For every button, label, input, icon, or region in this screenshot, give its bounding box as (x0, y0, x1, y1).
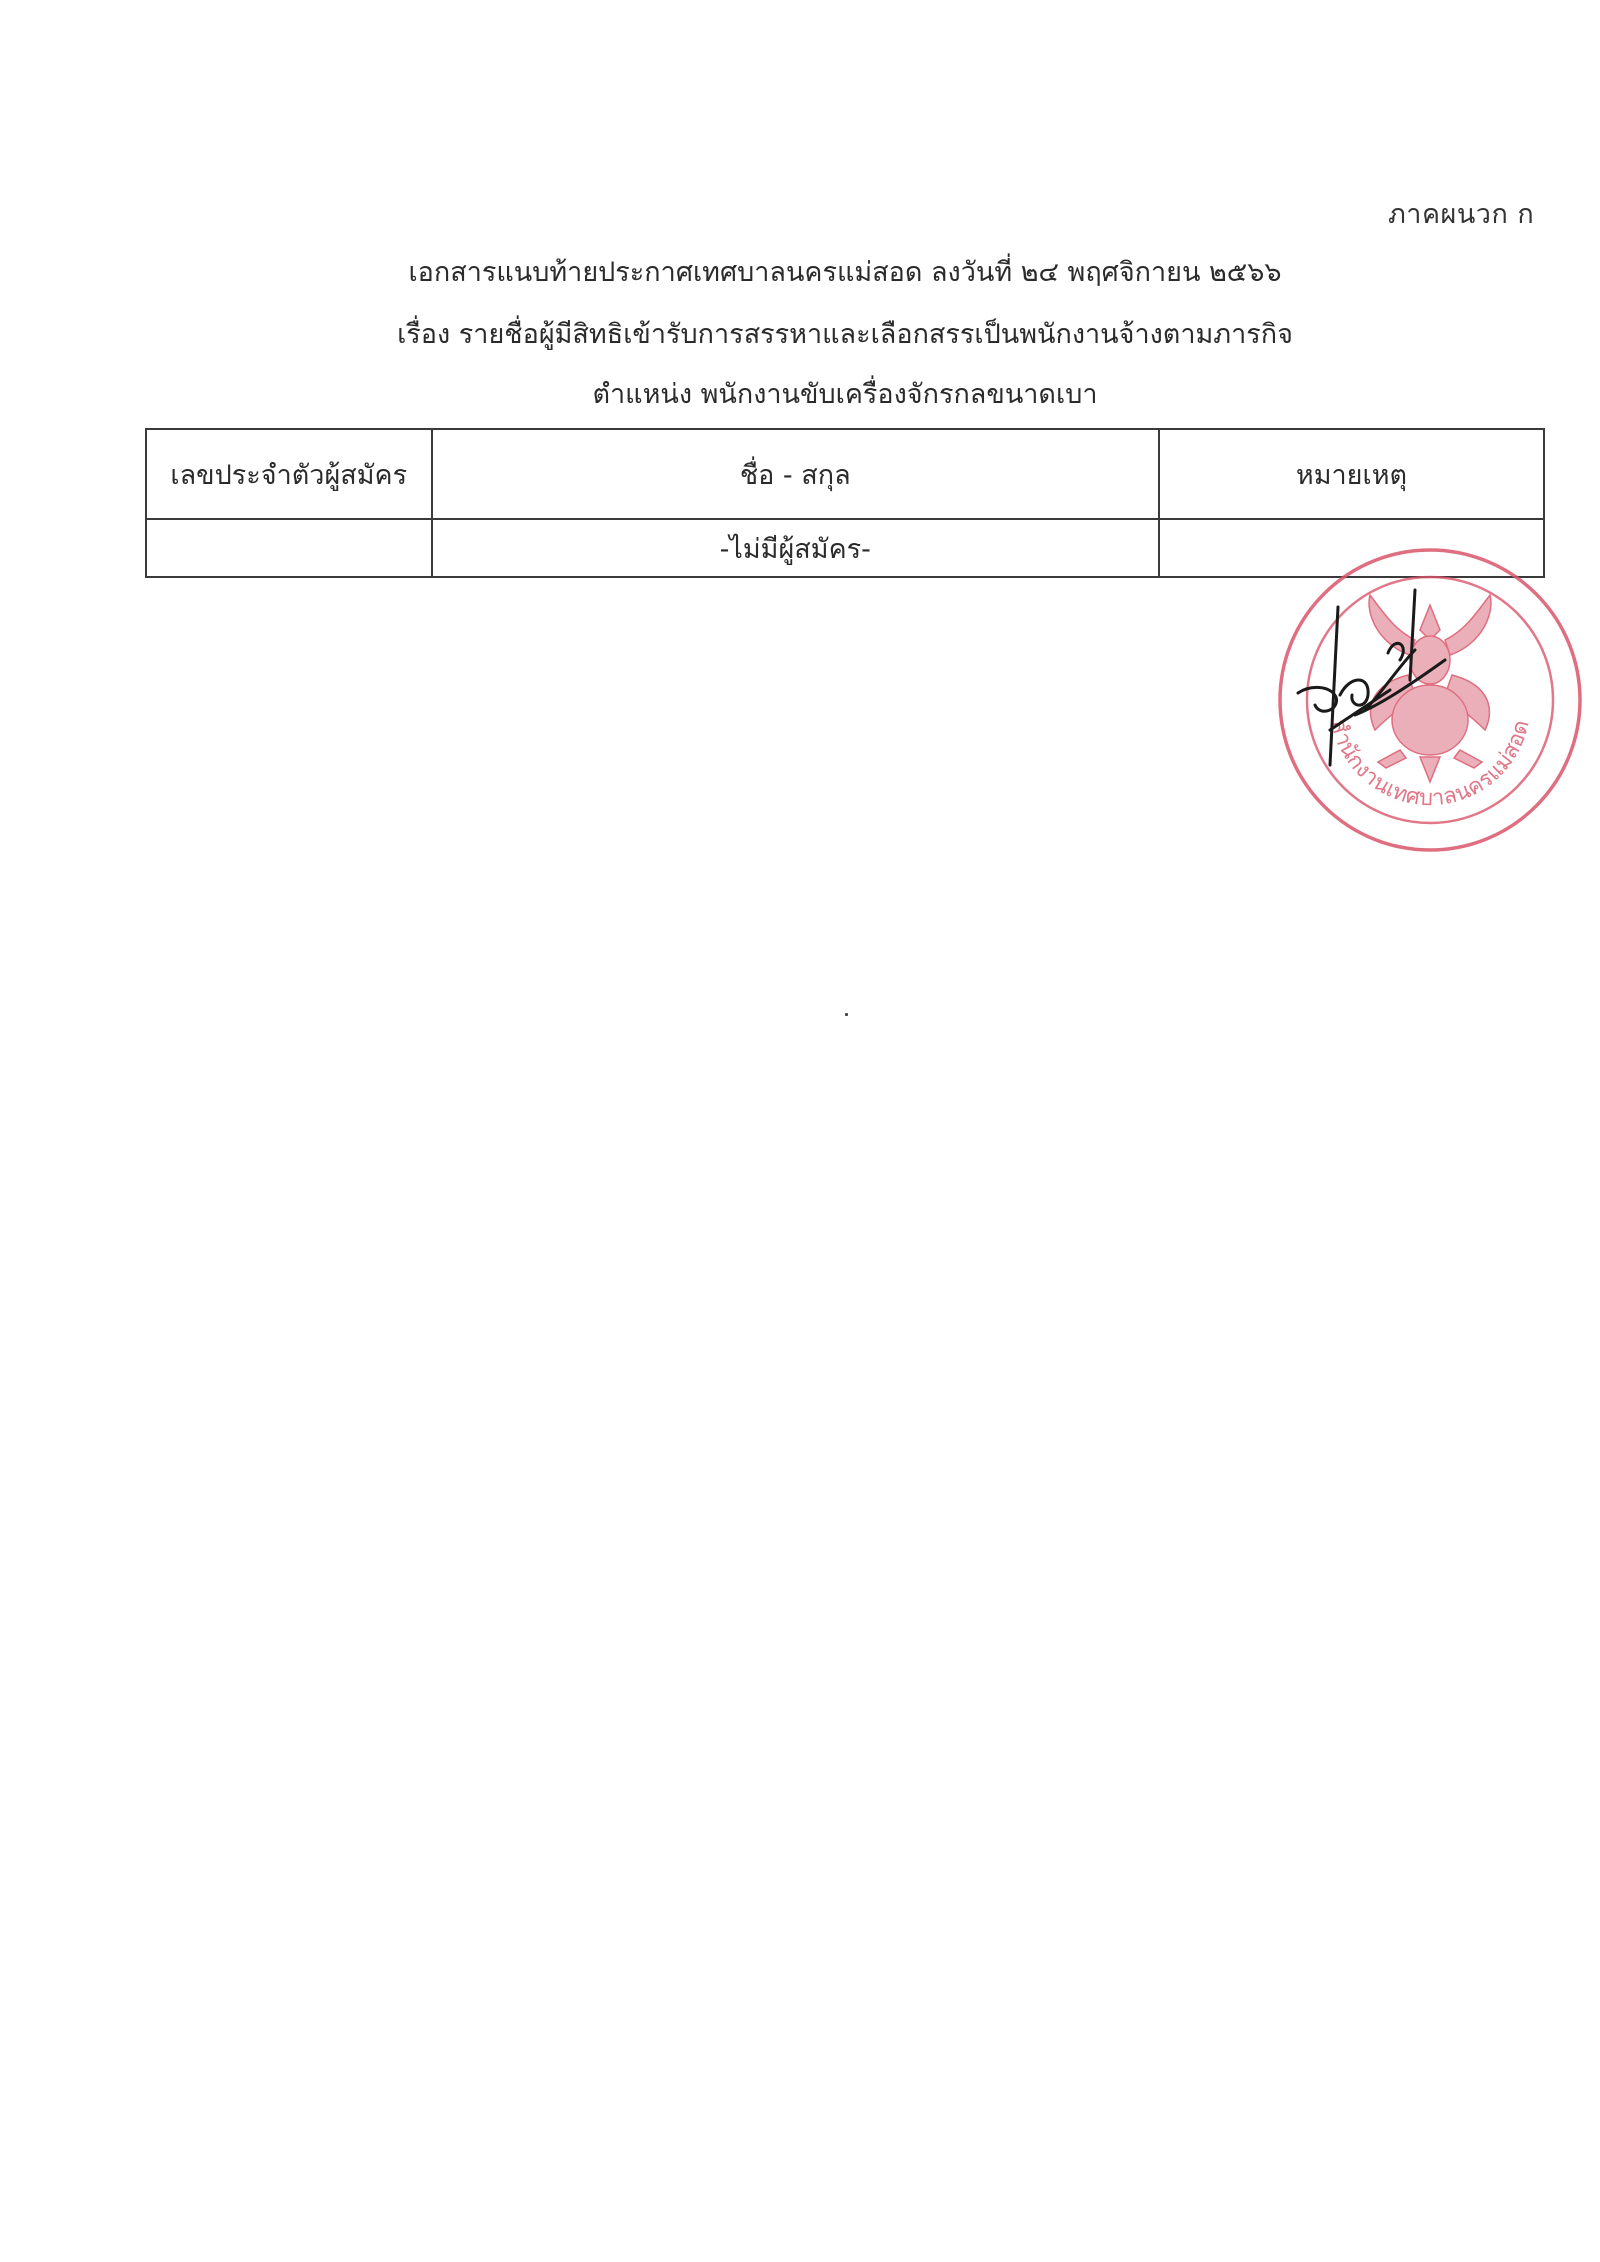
title-line-position: ตำแหน่ง พนักงานขับเครื่องจักรกลขนาดเบา (0, 372, 1600, 415)
title-line-attachment: เอกสารแนบท้ายประกาศเทศบาลนครแม่สอด ลงวัน… (0, 250, 1600, 293)
signature-icon (1298, 590, 1445, 765)
cell-remarks (1159, 519, 1544, 577)
applicants-table: เลขประจำตัวผู้สมัคร ชื่อ - สกุล หมายเหตุ… (145, 428, 1545, 578)
title-line-subject: เรื่อง รายชื่อผู้มีสิทธิเข้ารับการสรรหาแ… (0, 312, 1600, 355)
official-seal-icon: สำนักงานเทศบาลนครแม่สอด (1270, 535, 1590, 855)
table-row: -ไม่มีผู้สมัคร- (146, 519, 1544, 577)
cell-full-name: -ไม่มีผู้สมัคร- (432, 519, 1159, 577)
header-applicant-id: เลขประจำตัวผู้สมัคร (146, 429, 432, 519)
scan-speck (845, 1013, 848, 1016)
appendix-label: ภาคผนวก ก (1388, 192, 1534, 235)
seal-text: สำนักงานเทศบาลนครแม่สอด (1325, 717, 1535, 812)
garuda-emblem-icon (1369, 595, 1491, 782)
header-full-name: ชื่อ - สกุล (432, 429, 1159, 519)
cell-applicant-id (146, 519, 432, 577)
svg-text:สำนักงานเทศบาลนครแม่สอด: สำนักงานเทศบาลนครแม่สอด (1325, 717, 1535, 812)
header-remarks: หมายเหตุ (1159, 429, 1544, 519)
table-header-row: เลขประจำตัวผู้สมัคร ชื่อ - สกุล หมายเหตุ (146, 429, 1544, 519)
